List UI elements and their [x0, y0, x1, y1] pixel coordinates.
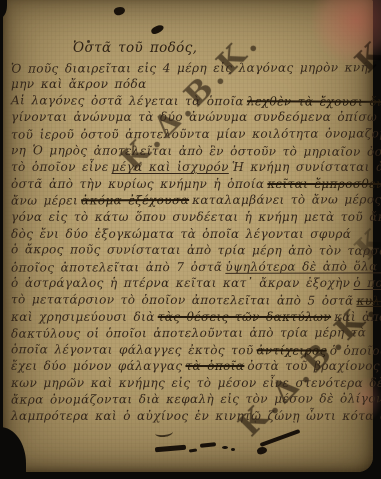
manuscript-segment-normal: Αἱ λαγόνες ὀστᾶ λέγεται τὰ ὁποῖα [11, 93, 244, 108]
manuscript-segment-normal: καὶ χρησιμεύουσι διὰ [11, 310, 155, 324]
manuscript-segment-strike: τὰς θέσεις τῶν δακτύλων [158, 310, 331, 324]
manuscript-segment-normal: νη Ὁ μηρὸς ἀποτελεῖται ἀπὸ ἓν ὀστοῦν τὸ … [11, 143, 381, 159]
manuscript-segment-normal: Ὁ ποῦς διαιρεῖται εἰς 4 μέρη εἰς λαγόνας… [11, 60, 373, 75]
manuscript-segment-normal: τὸ ὁποῖον εἶνε [11, 160, 109, 174]
manuscript-title: Ὀστᾶ τοῦ ποδός, [73, 40, 371, 57]
manuscript-segment-normal: Ἡ κνήμη συνίσταται ἀπὸ δύο [232, 160, 381, 174]
manuscript-segment-normal: ὁ ἄκρος ποῦς συνίσταται ἀπὸ τρία μέρη ἀπ… [11, 242, 381, 258]
ink-blot [150, 24, 165, 35]
manuscript-line: δὸς ἔνι δύο ἐξογκώματα τὰ ὁποῖα λέγονται… [11, 226, 371, 243]
manuscript-segment-normal: γίνονται ἀνώνυμα τὰ δύο ἀνώνυμα συνδεόμε… [11, 110, 381, 124]
manuscript-line: ἄνω μέρειἀκόμα ἐξέχουσακαταλαμβάνει τὸ ἄ… [11, 192, 371, 210]
pen-stroke [260, 429, 301, 447]
manuscript-line: κων μηρῶν καὶ κνήμης εἰς τὸ μέσον εἶνε σ… [11, 375, 371, 392]
manuscript-line: τοῦ ἱεροῦ ὀστοῦ ἀποτελοῦντα μίαν κοιλότη… [11, 125, 371, 143]
manuscript-segment-normal: ὁποῖος ἀποτελεῖται ἀπὸ 7 ὀστᾶ [11, 260, 222, 275]
manuscript-segment-normal: ὁποῖα λέγονται φάλαγγες ἐκτὸς τοῦ [11, 342, 254, 357]
ink-blot [113, 5, 126, 16]
manuscript-line: Αἱ λαγόνες ὀστᾶ λέγεται τὰ ὁποῖαλεχθὲν τ… [11, 92, 371, 110]
manuscript-segment-normal: ὁ ὁποῖος [330, 343, 381, 357]
manuscript-segment-normal: γόνα εἰς τὸ κάτω ὅπου συνδέεται ἡ κνήμη … [11, 210, 381, 224]
manuscript-segment-strike: τὰ ὁποῖα [185, 359, 244, 373]
manuscript-line: τὸ μετατάρσιον τὸ ὁποῖον ἀποτελεῖται ἀπὸ… [11, 291, 371, 309]
manuscript-line: ὀστᾶ ἀπὸ τὴν κυρίως κνήμην ἡ ὁποίακεῖται… [11, 176, 371, 193]
manuscript-line: γίνονται ἀνώνυμα τὰ δύο ἀνώνυμα συνδεόμε… [11, 109, 371, 126]
manuscript-segment-underline: μέγα καὶ ἰσχυρόν [112, 160, 229, 174]
manuscript-line: τὸ ὁποῖον εἶνεμέγα καὶ ἰσχυρόνἩ κνήμη συ… [11, 159, 371, 176]
manuscript-line: ἄκρα ὀνομάζονται διὰ κεφαλὴ εἰς τὸν μέσο… [11, 391, 371, 409]
ink-smudge-dash [200, 442, 216, 448]
ink-dot [231, 448, 235, 451]
manuscript-segment-strike-underline: κυλινδρικὰ [356, 294, 381, 308]
manuscript-segment-normal: καταλαμβάνει τὸ ἄνω μέρος ἔχουν τὰ [192, 192, 381, 207]
manuscript-segment-normal: ἄνω μέρει [11, 194, 78, 208]
manuscript-line: νη Ὁ μηρὸς ἀποτελεῖται ἀπὸ ἓν ὀστοῦν τὸ … [11, 142, 371, 160]
paper-sheet: Κ.Δ.Β.Κ. Κ.Δ.Β.Κ. Κ.Δ. Κ.Δ. Ὀστᾶ τοῦ ποδ… [3, 0, 373, 472]
manuscript-segment-normal: ὀστᾶ ἀπὸ τὴν κυρίως κνήμην ἡ ὁποία [11, 177, 264, 191]
ink-dot [222, 446, 228, 449]
manuscript-segment-normal: ἔχει δύο μόνον φάλαγγας [11, 359, 182, 373]
manuscript-line: καὶ χρησιμεύουσι διὰτὰς θέσεις τῶν δακτύ… [11, 309, 371, 326]
manuscript-line: ὁ ἀστράγαλος ἡ πτέρνα κεῖται κατ᾿ ἄκραν … [11, 275, 371, 292]
manuscript-segment-strike: ἀκόμα ἐξέχουσα [81, 193, 189, 207]
manuscript-segment-normal: ἄκρα ὀνομάζονται διὰ κεφαλὴ εἰς τὸν μέσο… [11, 392, 381, 407]
manuscript-line: ὁποῖα λέγονται φάλαγγες ἐκτὸς τοῦἀντίχει… [11, 341, 371, 359]
manuscript-text: Ὀστᾶ τοῦ ποδός, Ὁ ποῦς διαιρεῖται εἰς 4 … [11, 40, 371, 425]
manuscript-segment-strike: κεῖται ἔμπροσθεν [267, 177, 381, 191]
ink-smudge-dash [155, 445, 186, 453]
manuscript-segment-strike: λεχθὲν τὰ ἔχουσι ὄνομα [247, 94, 381, 109]
manuscript-segment-normal: δακτύλους οἱ ὁποῖοι ἀποτελοῦνται ἀπὸ τρί… [11, 325, 366, 340]
manuscript-segment-normal: τὸ μετατάρσιον τὸ ὁποῖον ἀποτελεῖται ἀπὸ… [11, 292, 354, 307]
manuscript-segment-normal: ὀστὰ τοῦ βραχίονος ὀστῆ- [247, 359, 381, 373]
manuscript-line: ὁ ἄκρος ποῦς συνίσταται ἀπὸ τρία μέρη ἀπ… [11, 241, 371, 259]
manuscript-segment-normal: κων μηρῶν καὶ κνήμης εἰς τὸ μέσον εἶνε σ… [11, 376, 381, 390]
manuscript-line: μην καὶ ἄκρον πόδα [11, 76, 371, 93]
manuscript-segment-underline: ὑψηλότερα δὲ ἀπὸ ὅλα αὐτὰ [225, 259, 381, 274]
ink-smudge-dash [189, 448, 197, 452]
manuscript-segment-normal: καὶ ἀπὸ τοὺς [334, 310, 381, 324]
manuscript-line: ὁποῖος ἀποτελεῖται ἀπὸ 7 ὀστᾶὑψηλότερα δ… [11, 258, 371, 276]
manuscript-segment-strike: ἀντίχειρος [257, 343, 327, 357]
manuscript-segment-normal: δὸς ἔνι δύο ἐξογκώματα τὰ ὁποῖα λέγονται… [11, 227, 351, 241]
manuscript-segment-normal: μην καὶ ἄκρον πόδα [11, 77, 147, 91]
manuscript-line: δακτύλους οἱ ὁποῖοι ἀποτελοῦνται ἀπὸ τρί… [11, 324, 371, 342]
manuscript-segment-underline: ὁ ποὺς εἶτα [353, 276, 381, 290]
manuscript-line: γόνα εἰς τὸ κάτω ὅπου συνδέεται ἡ κνήμη … [11, 209, 371, 226]
manuscript-line: λαμπρότερα καὶ ὁ αὐχίνος ἐν κινητῷ ζώνῃ … [11, 408, 371, 425]
ink-blot [256, 446, 267, 455]
manuscript-segment-normal: λαμπρότερα καὶ ὁ αὐχίνος ἐν κινητῷ ζώνῃ … [11, 409, 381, 423]
pen-squiggle [155, 427, 174, 438]
manuscript-segment-normal: τοῦ ἱεροῦ ὀστοῦ ἀποτελοῦντα μίαν κοιλότη… [11, 126, 381, 142]
manuscript-segment-normal: ὁ ἀστράγαλος ἡ πτέρνα κεῖται κατ᾿ ἄκραν … [11, 276, 350, 290]
manuscript-lines: Ὁ ποῦς διαιρεῖται εἰς 4 μέρη εἰς λαγόνας… [11, 60, 371, 425]
manuscript-line: Ὁ ποῦς διαιρεῖται εἰς 4 μέρη εἰς λαγόνας… [11, 59, 371, 77]
manuscript-scan: { "page": { "kind": "Scanned handwritten… [0, 0, 381, 479]
manuscript-line: ἔχει δύο μόνον φάλαγγαςτὰ ὁποῖαὀστὰ τοῦ … [11, 358, 371, 375]
